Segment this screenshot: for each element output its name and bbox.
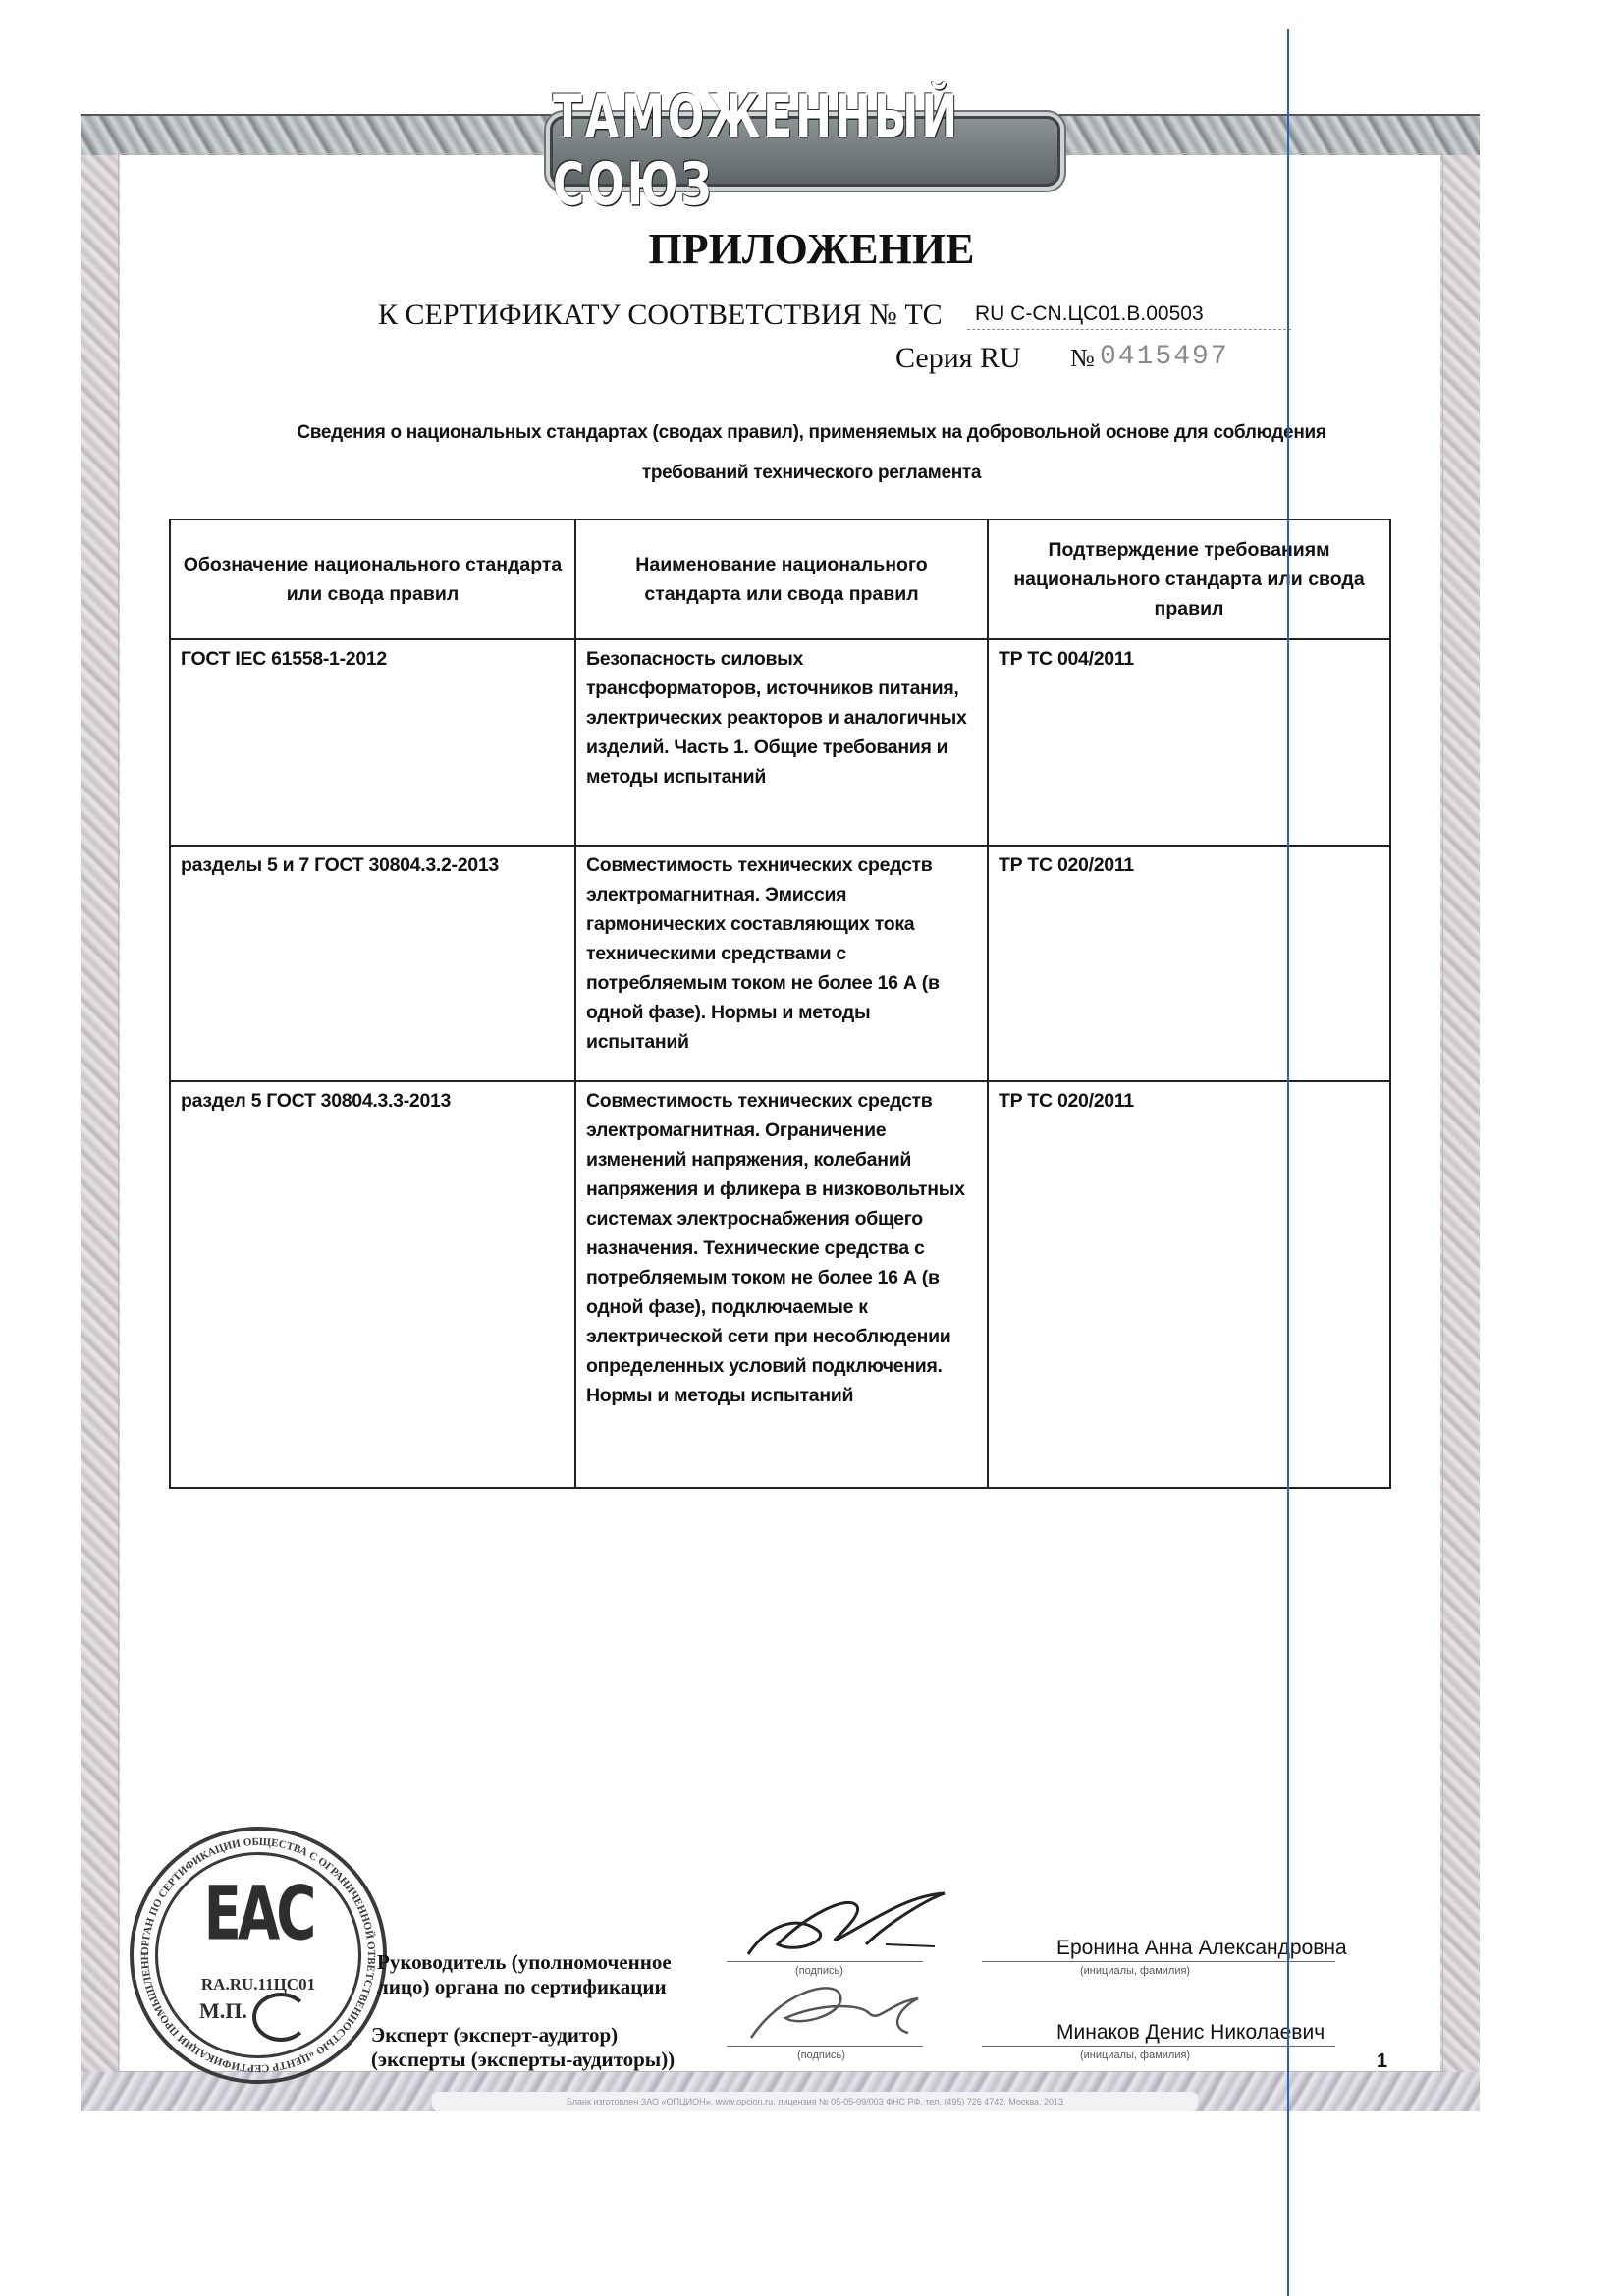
page-title: ПРИЛОЖЕНИЕ bbox=[0, 224, 1623, 274]
certificate-number: RU C-CN.ЦС01.В.00503 bbox=[975, 302, 1204, 326]
column-header-designation: Обозначение национального стандарта или … bbox=[170, 519, 575, 639]
cell-designation: разделы 5 и 7 ГОСТ 30804.3.2-2013 bbox=[170, 846, 575, 1081]
cell-name: Безопасность силовых трансформаторов, ис… bbox=[575, 639, 988, 846]
intro-line-2: требований технического регламента bbox=[0, 463, 1623, 484]
head-name-caption: (инициалы, фамилия) bbox=[1080, 1965, 1190, 1977]
head-name: Еронина Анна Александровна bbox=[1056, 1937, 1347, 1960]
head-of-body-label: Руководитель (уполномоченное лицо) орган… bbox=[377, 1950, 672, 1999]
cell-confirmation: ТР ТС 004/2011 bbox=[988, 639, 1390, 846]
expert-signature-caption: (подпись) bbox=[797, 2050, 845, 2061]
customs-union-badge: ТАМОЖЕННЫЙ СОЮЗ bbox=[550, 116, 1060, 187]
cell-confirmation: ТР ТС 020/2011 bbox=[988, 846, 1390, 1081]
head-name-line bbox=[982, 1961, 1335, 1962]
stamp-inner-circle: ЕАС RA.RU.11ЦС01 М.П. bbox=[155, 1852, 361, 2058]
print-info-strip: Бланк изготовлен ЗАО «ОПЦИОН», www.opcio… bbox=[432, 2092, 1198, 2111]
expert-signature-icon bbox=[741, 1974, 957, 2043]
expert-name-line bbox=[982, 2046, 1335, 2047]
expert-signature-line bbox=[727, 2046, 923, 2047]
cell-designation: ГОСТ IEC 61558-1-2012 bbox=[170, 639, 575, 846]
cell-designation: раздел 5 ГОСТ 30804.3.3-2013 bbox=[170, 1081, 575, 1488]
page-number: 1 bbox=[1377, 2050, 1387, 2073]
certification-body-stamp: ОРГАН ПО СЕРТИФИКАЦИИ ОБЩЕСТВА С ОГРАНИЧ… bbox=[130, 1827, 387, 2084]
certificate-prefix: К СЕРТИФИКАТУ СООТВЕТСТВИЯ № ТС bbox=[378, 299, 943, 332]
stamp-logo-icon bbox=[252, 1993, 309, 2042]
column-header-name: Наименование национального стандарта или… bbox=[575, 519, 988, 639]
expert-label: Эксперт (эксперт-аудитор) (эксперты (экс… bbox=[371, 2023, 675, 2072]
cell-name: Совместимость технических средств электр… bbox=[575, 1081, 988, 1488]
cell-confirmation: ТР ТС 020/2011 bbox=[988, 1081, 1390, 1488]
eac-mark-icon: ЕАС bbox=[158, 1872, 358, 1958]
stamp-mp-label: М.П. bbox=[199, 1998, 247, 2024]
expert-name: Минаков Денис Николаевич bbox=[1056, 2021, 1325, 2045]
stamp-accreditation-code: RA.RU.11ЦС01 bbox=[158, 1975, 358, 1995]
expert-name-caption: (инициалы, фамилия) bbox=[1080, 2050, 1190, 2061]
intro-line-1: Сведения о национальных стандартах (свод… bbox=[0, 422, 1623, 444]
table-row: раздел 5 ГОСТ 30804.3.3-2013 Совместимос… bbox=[170, 1081, 1390, 1488]
cell-name: Совместимость технических средств электр… bbox=[575, 846, 988, 1081]
standards-table: Обозначение национального стандарта или … bbox=[169, 519, 1391, 1489]
badge-text: ТАМОЖЕННЫЙ СОЮЗ bbox=[553, 83, 1057, 219]
table-header-row: Обозначение национального стандарта или … bbox=[170, 519, 1390, 639]
series-label: Серия RU bbox=[895, 342, 1021, 375]
table-row: ГОСТ IEC 61558-1-2012 Безопасность силов… bbox=[170, 639, 1390, 846]
vertical-guide-line bbox=[1287, 29, 1289, 2296]
head-signature-icon bbox=[738, 1886, 964, 1964]
head-signature-line bbox=[727, 1961, 923, 1962]
series-number-sign: № bbox=[1070, 344, 1095, 373]
column-header-confirmation: Подтверждение требованиям национального … bbox=[988, 519, 1390, 639]
certificate-number-underline bbox=[967, 329, 1291, 330]
series-number: 0415497 bbox=[1100, 342, 1229, 372]
table-row: разделы 5 и 7 ГОСТ 30804.3.2-2013 Совмес… bbox=[170, 846, 1390, 1081]
